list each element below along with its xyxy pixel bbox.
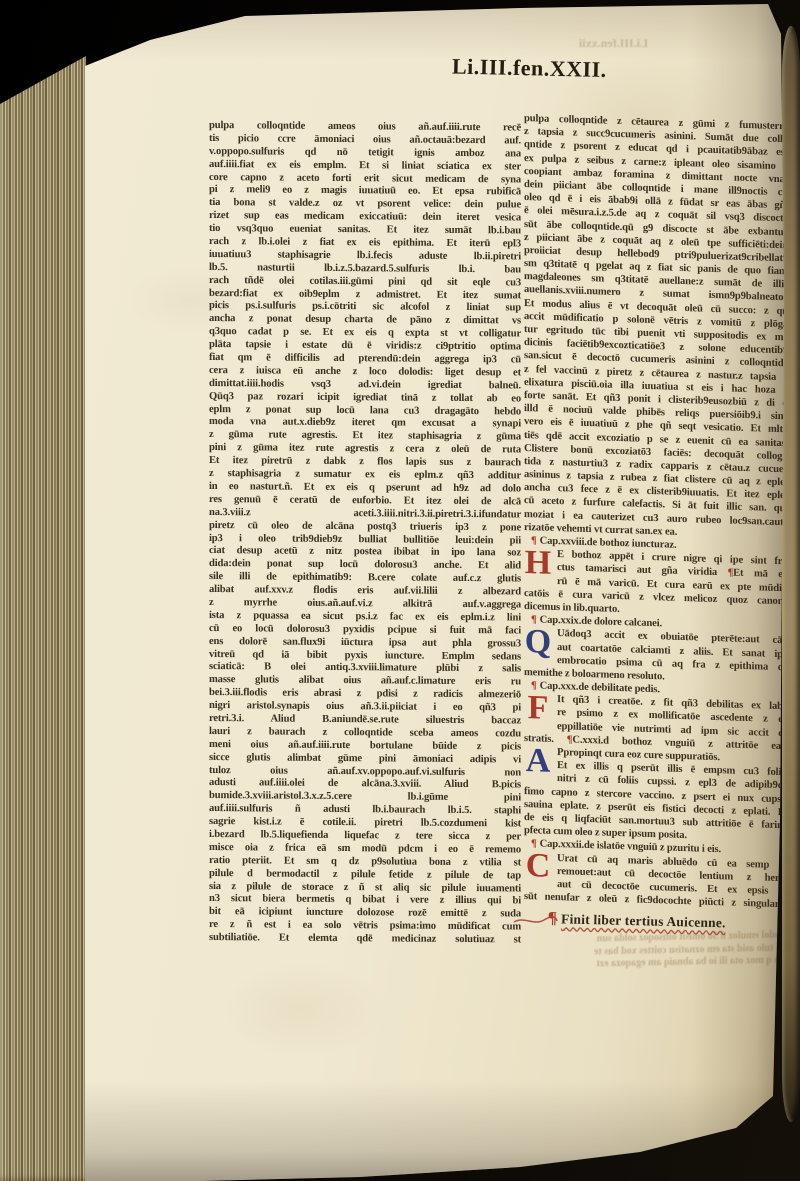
illuminated-initial: F [522,689,554,728]
illuminated-initial: C [522,847,554,886]
text-column-right: pulpa colloqntide z cētaurea z gūmi z fu… [524,112,788,912]
illuminated-initial: A [522,742,554,781]
page-top-shading [85,0,800,60]
colophon-text: Finit liber tertius Auicenne. [561,911,726,930]
text-line: subtiliatiōe. Et elemta qdē medicinaz so… [209,932,521,947]
book-page: Li.III.fen.xxii Li.III.fen.XXII. pulpa c… [0,0,800,1181]
bleed-through-text: sotadol emuloz il 3o omisit oitisoqoz so… [534,929,792,972]
adjacent-page-edge [782,26,800,1122]
illuminated-initial: H [522,544,554,583]
pilcrow-icon: ¶ [548,908,558,927]
running-title: Li.III.fen.XXII. [452,54,673,85]
bleed-through-text: Li.III.fen.xxii [468,36,648,51]
text-column-left: pulpa colloqntide ameos oius añ.auf.iiii… [209,120,521,947]
illuminated-initial: Q [522,623,554,662]
bottom-shadow [0,1080,800,1181]
colophon: ¶Finit liber tertius Auicenne. [548,908,726,932]
